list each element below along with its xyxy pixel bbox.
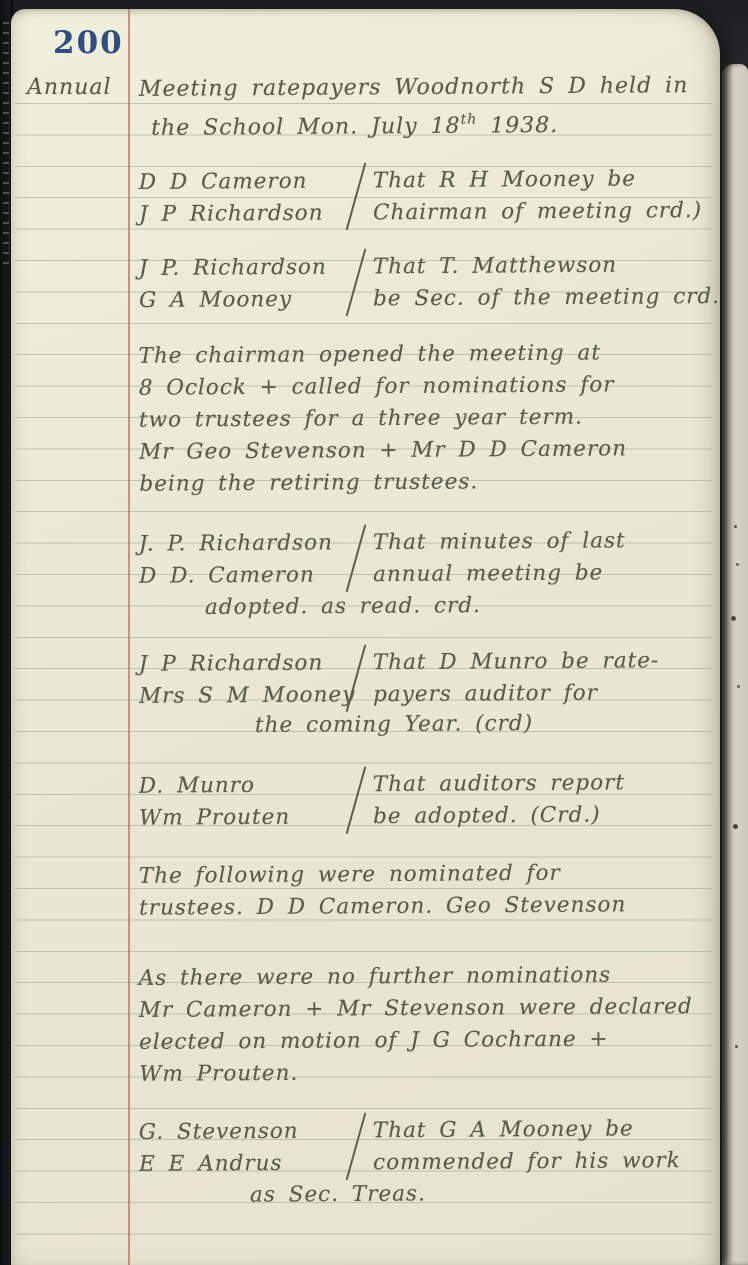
mover-name: G. Stevenson <box>139 1115 351 1148</box>
seconder-name: D D. Cameron <box>139 559 351 592</box>
motion-continuation-line: adopted. as read. crd. <box>205 590 481 624</box>
paragraph-line: being the retiring trustees. <box>139 465 627 500</box>
seconder-name: Wm Prouten <box>139 801 351 834</box>
paragraph-line: elected on motion of J G Cochrane + <box>139 1023 693 1059</box>
motion-text-line: commended for his work <box>373 1145 681 1179</box>
paragraph-line: As there were no further nominations <box>139 959 693 995</box>
page-stack-fore-edge <box>722 64 748 1265</box>
motion-entry: G. Stevenson E E Andrus That G A Mooney … <box>139 1113 681 1183</box>
meeting-heading: Meeting ratepayers Woodnorth S D held in… <box>139 69 689 145</box>
paragraph-line: two trustees for a three year term. <box>139 401 627 436</box>
paragraph-line: Mr Cameron + Mr Stevenson were declared <box>139 991 693 1027</box>
red-margin-line <box>128 9 130 1265</box>
paragraph-line: The chairman opened the meeting at <box>138 337 626 372</box>
paragraph-line: 8 Oclock + called for nominations for <box>139 369 627 404</box>
heading-line-1: Meeting ratepayers Woodnorth S D held in <box>139 69 689 106</box>
motion-text-column: That minutes of last annual meeting be <box>373 525 626 591</box>
movers-column: J P. Richardson G A Mooney <box>139 252 351 317</box>
motion-text-line: That minutes of last <box>373 525 626 559</box>
motion-entry: J. P. Richardson D D. Cameron That minut… <box>139 525 626 594</box>
minutes-paragraph: As there were no further nominations Mr … <box>139 959 694 1091</box>
mover-name: J P. Richardson <box>139 252 351 285</box>
movers-column: J P Richardson Mrs S M Mooney <box>139 647 351 712</box>
motion-text-line: That D Munro be rate- <box>373 645 660 679</box>
motion-text-line: be Sec. of the meeting crd. <box>373 281 720 315</box>
seconder-name: E E Andrus <box>139 1147 351 1180</box>
paragraph-line: The following were nominated for <box>139 857 626 892</box>
mover-name: D D Cameron <box>139 165 351 198</box>
seconder-name: J P Richardson <box>139 197 351 230</box>
motion-continuation-line: as Sec. Treas. <box>250 1178 426 1211</box>
seconder-name: G A Mooney <box>139 284 351 317</box>
heading-line-2: the School Mon. July 18th 1938. <box>151 102 689 145</box>
minutes-paragraph: The following were nominated for trustee… <box>139 857 627 924</box>
page-number: 200 <box>53 25 124 61</box>
motion-text-line: be adopted. (Crd.) <box>373 799 625 833</box>
motion-entry: J P. Richardson G A Mooney That T. Matth… <box>139 249 720 319</box>
motion-text-line: payers auditor for <box>373 677 660 711</box>
ledger-page: 200 Annual Meeting ratepayers Woodnorth … <box>11 9 720 1265</box>
seconder-name: Mrs S M Mooney <box>139 679 351 712</box>
motion-text-line: annual meeting be <box>373 557 626 591</box>
motion-entry: D. Munro Wm Prouten That auditors report… <box>139 767 626 836</box>
motion-continuation-line: the coming Year. (crd) <box>255 708 533 742</box>
paragraph-line: Mr Geo Stevenson + Mr D D Cameron <box>139 433 627 468</box>
paragraph-line: trustees. D D Cameron. Geo Stevenson <box>139 889 626 924</box>
binding-stitches <box>3 22 9 272</box>
motion-text-column: That T. Matthewson be Sec. of the meetin… <box>373 249 720 315</box>
movers-column: G. Stevenson E E Andrus <box>139 1115 351 1180</box>
motion-text-line: That R H Mooney be <box>373 163 702 197</box>
movers-column: D D Cameron J P Richardson <box>139 165 351 230</box>
motion-text-line: That G A Mooney be <box>373 1113 681 1147</box>
motion-text-line: That auditors report <box>373 767 625 801</box>
mover-name: J P Richardson <box>139 647 351 680</box>
mover-name: D. Munro <box>139 769 351 802</box>
margin-note: Annual <box>27 75 112 100</box>
mover-name: J. P. Richardson <box>139 527 351 560</box>
movers-column: D. Munro Wm Prouten <box>139 769 351 834</box>
motion-text-line: Chairman of meeting crd.) <box>373 195 702 229</box>
fore-edge-speckles <box>734 525 737 528</box>
motion-entry: J P Richardson Mrs S M Mooney That D Mun… <box>139 645 660 715</box>
motion-entry: D D Cameron J P Richardson That R H Moon… <box>139 163 702 233</box>
photographed-ledger-scene: 200 Annual Meeting ratepayers Woodnorth … <box>0 0 748 1265</box>
minutes-paragraph: The chairman opened the meeting at 8 Ocl… <box>138 337 627 500</box>
motion-text-column: That G A Mooney be commended for his wor… <box>373 1113 681 1179</box>
ordinal-superscript: th <box>461 112 478 128</box>
motion-text-line: That T. Matthewson <box>373 249 720 283</box>
movers-column: J. P. Richardson D D. Cameron <box>139 527 351 592</box>
motion-text-column: That R H Mooney be Chairman of meeting c… <box>373 163 702 229</box>
motion-text-column: That D Munro be rate- payers auditor for <box>373 645 660 711</box>
motion-text-column: That auditors report be adopted. (Crd.) <box>373 767 626 833</box>
paragraph-line: Wm Prouten. <box>139 1055 693 1091</box>
